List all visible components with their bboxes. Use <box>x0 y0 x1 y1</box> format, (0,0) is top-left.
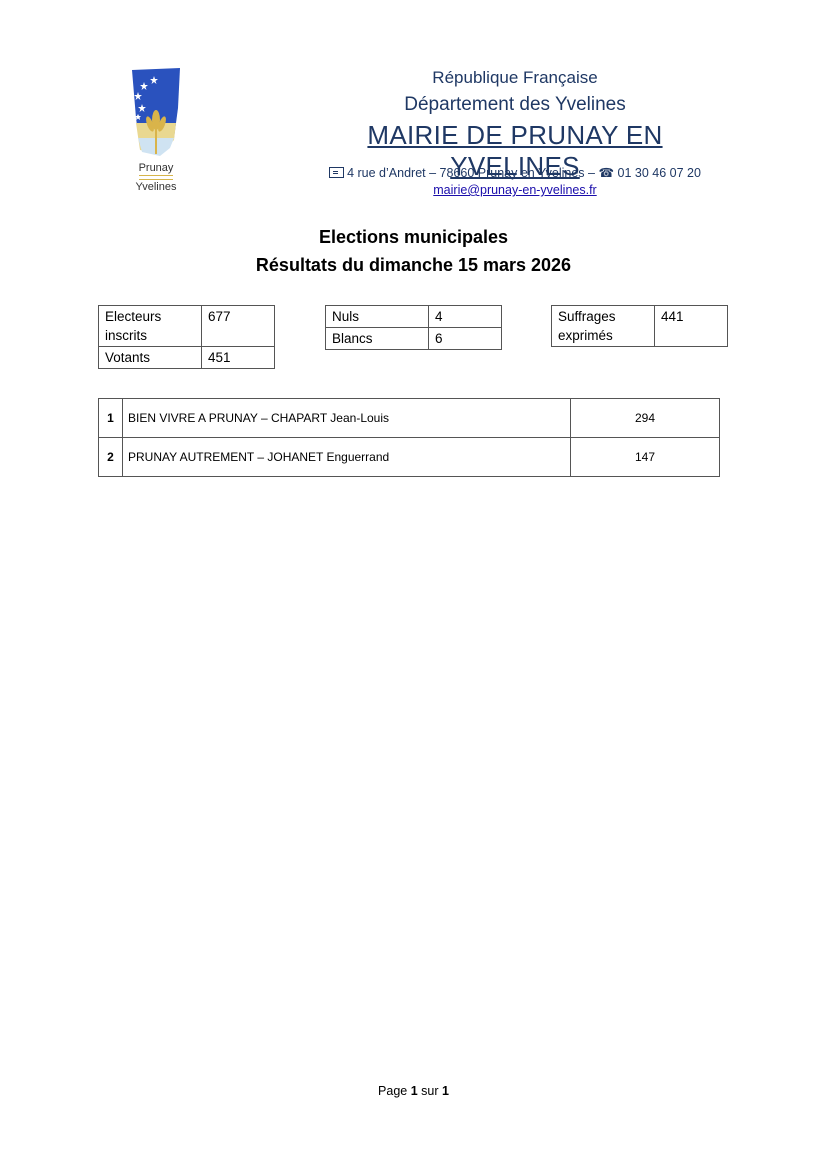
prunay-logo: Prunay Yvelines <box>128 66 184 194</box>
table-row: Electeurs inscrits 677 <box>99 306 275 347</box>
blancs-value: 6 <box>429 328 502 350</box>
results-table: 1 BIEN VIVRE A PRUNAY – CHAPART Jean-Lou… <box>98 398 720 477</box>
list-rank: 1 <box>99 399 123 438</box>
table-row: Suffrages exprimés 441 <box>552 306 728 347</box>
nuls-label: Nuls <box>326 306 429 328</box>
page-footer: Page 1 sur 1 <box>0 1084 827 1098</box>
phone-icon: ☎ <box>598 166 614 180</box>
table-row: 1 BIEN VIVRE A PRUNAY – CHAPART Jean-Lou… <box>99 399 720 438</box>
address-text: 4 rue d’Andret – 78660 Prunay en Yveline… <box>347 166 598 180</box>
email-link[interactable]: mairie@prunay-en-yvelines.fr <box>433 183 596 197</box>
blancs-label: Blancs <box>326 328 429 350</box>
table-row: Nuls 4 <box>326 306 502 328</box>
suffrages-label: Suffrages exprimés <box>552 306 655 347</box>
page-total: 1 <box>442 1084 449 1098</box>
list-name: PRUNAY AUTREMENT – JOHANET Enguerrand <box>123 438 571 477</box>
list-rank: 2 <box>99 438 123 477</box>
suffrages-value: 441 <box>655 306 728 347</box>
phone-number: 01 30 46 07 20 <box>614 166 701 180</box>
coat-of-arms-icon <box>130 68 182 160</box>
table-row: Blancs 6 <box>326 328 502 350</box>
electeurs-value: 677 <box>202 306 275 347</box>
list-votes: 294 <box>571 399 720 438</box>
list-votes: 147 <box>571 438 720 477</box>
votants-label: Votants <box>99 347 202 369</box>
votants-value: 451 <box>202 347 275 369</box>
nuls-value: 4 <box>429 306 502 328</box>
document-subtitle: Résultats du dimanche 15 mars 2026 <box>200 255 627 276</box>
list-name: BIEN VIVRE A PRUNAY – CHAPART Jean-Louis <box>123 399 571 438</box>
page-number: 1 <box>411 1084 418 1098</box>
registration-table: Electeurs inscrits 677 Votants 451 <box>98 305 275 369</box>
mail-icon <box>329 167 344 178</box>
logo-town-name: Prunay Yvelines <box>128 162 184 193</box>
electeurs-label: Electeurs inscrits <box>99 306 202 347</box>
table-row: Votants 451 <box>99 347 275 369</box>
valid-votes-table: Suffrages exprimés 441 <box>551 305 728 347</box>
email-line: mairie@prunay-en-yvelines.fr <box>300 183 730 197</box>
address-line: 4 rue d’Andret – 78660 Prunay en Yveline… <box>300 165 730 180</box>
department-heading: Département des Yvelines <box>300 94 730 116</box>
invalid-votes-table: Nuls 4 Blancs 6 <box>325 305 502 350</box>
document-title: Elections municipales <box>200 227 627 248</box>
republic-heading: République Française <box>300 68 730 88</box>
table-row: 2 PRUNAY AUTREMENT – JOHANET Enguerrand … <box>99 438 720 477</box>
